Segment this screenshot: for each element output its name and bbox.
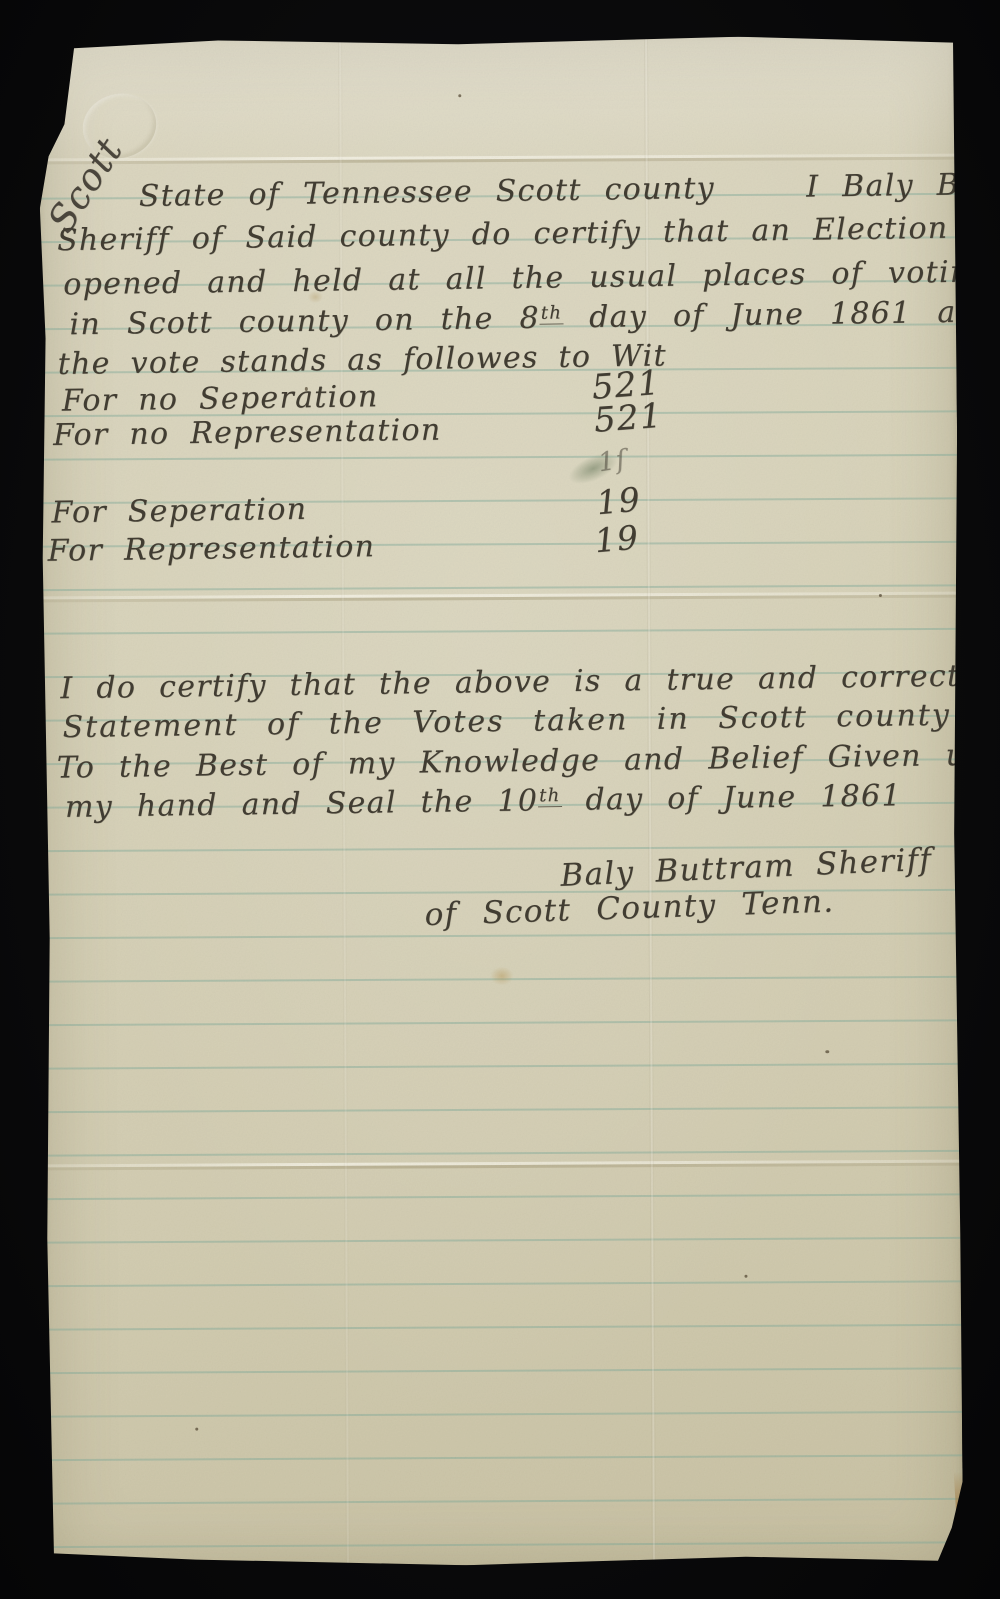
paper-speck: [879, 594, 882, 597]
paper-speck: [305, 387, 308, 391]
vote-row-label: For Representation: [47, 532, 375, 567]
opening-line-4-pre: in Scott county on the 8: [69, 301, 540, 343]
paper-top-shading: [38, 34, 956, 169]
paper-speck: [825, 1050, 829, 1053]
opening-line-4-post: day of June 1861 and: [563, 294, 998, 335]
vote-row-label: For no Seperation: [62, 382, 379, 416]
vote-row-value: 19: [593, 520, 640, 557]
vote-row-label: For Seperation: [51, 495, 307, 529]
certification-line-4-post: day of June 1861: [561, 778, 902, 818]
ordinal-superscript-10th: th: [538, 785, 562, 807]
paper-speck: [458, 94, 461, 97]
scan-background: { "colors":{ "background":"#0a0a0b", "pa…: [0, 0, 1000, 1599]
vote-row-value: 521: [593, 399, 664, 438]
paper-speck: [195, 1428, 198, 1431]
paper-speck: [744, 1275, 747, 1278]
opening-line-5: the vote stands as followes to Wit: [58, 341, 668, 380]
document-page: Scott State of Tennessee Scott county I …: [38, 34, 963, 1573]
ordinal-superscript-8th: th: [540, 302, 564, 324]
yellow-stain-small: [305, 289, 325, 305]
vote-row-label: For no Representation: [53, 416, 442, 451]
yellow-stain: [487, 964, 517, 988]
certification-line-4-pre: my hand and Seal the 10: [65, 783, 539, 825]
struck-out-mark: 1ſ: [596, 446, 628, 476]
vote-row-value: 19: [595, 482, 642, 519]
